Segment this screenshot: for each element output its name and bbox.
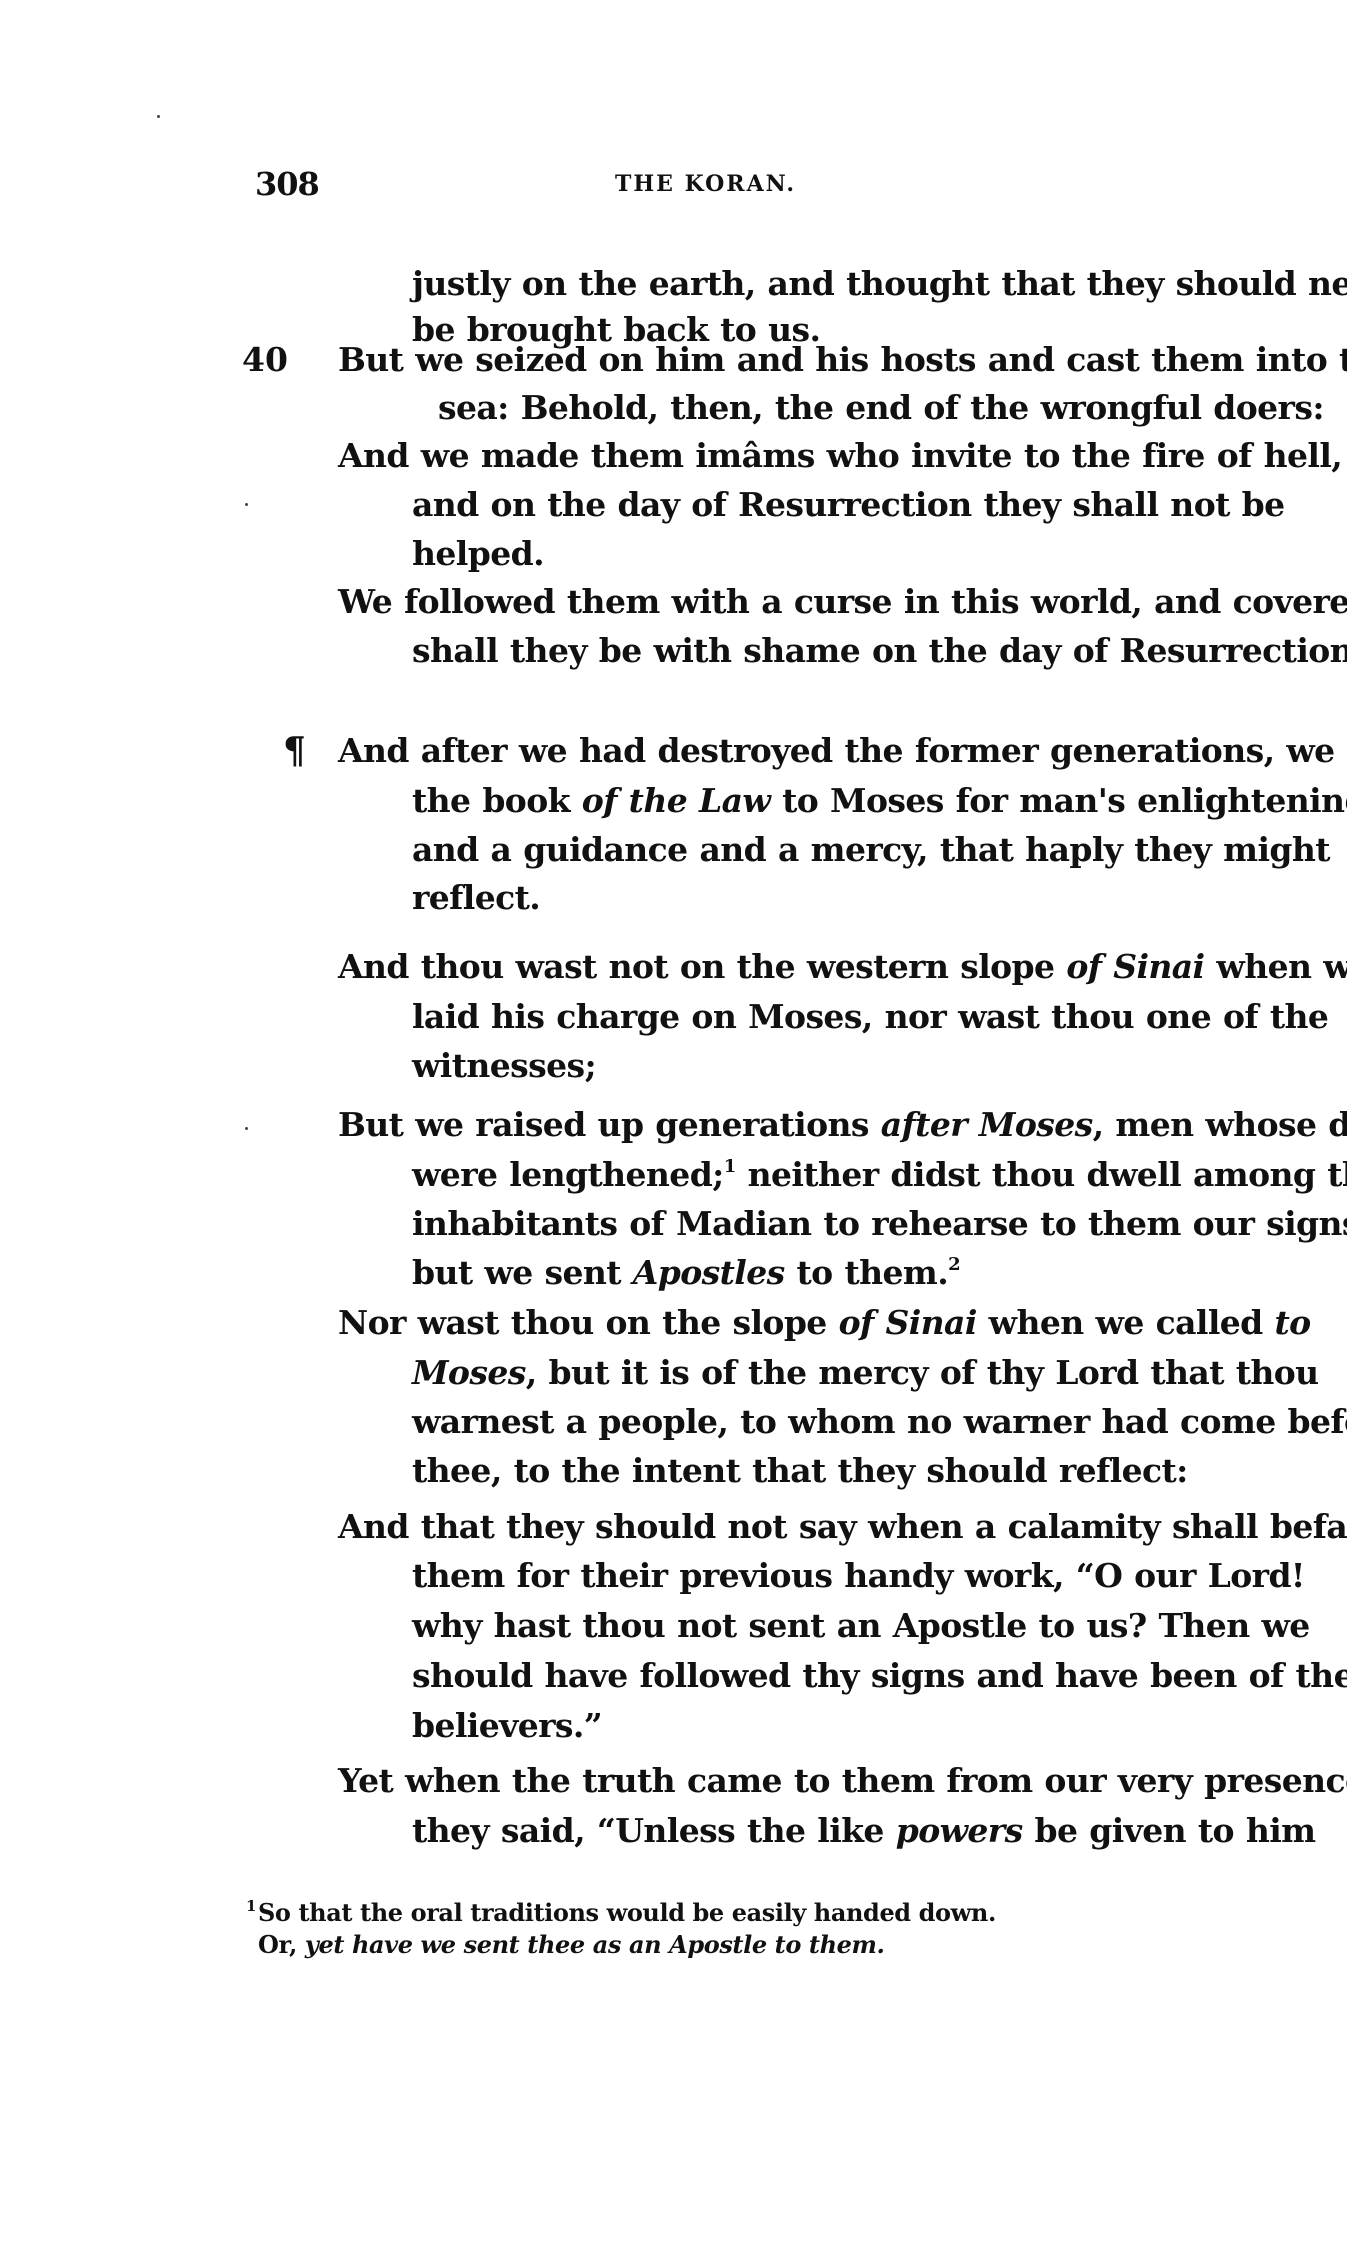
text-line: inhabitants of Madian to rehearse to the… (412, 1204, 1347, 1244)
pilcrow-icon: ¶ (283, 731, 306, 771)
text-line: the book of the Law to Moses for man's e… (412, 781, 1347, 821)
text-line: Nor wast thou on the slope of Sinai when… (338, 1303, 1311, 1343)
text-line: and on the day of Resurrection they shal… (412, 485, 1285, 525)
text-line: justly on the earth, and thought that th… (412, 264, 1347, 304)
scan-speck (245, 503, 248, 506)
text-line: shall they be with shame on the day of R… (412, 631, 1347, 671)
running-title: THE KORAN. (615, 171, 796, 197)
text-line: but we sent Apostles to them.2 (412, 1253, 960, 1293)
text-line: And thou wast not on the western slope o… (338, 947, 1347, 987)
footnote: So that the oral traditions would be eas… (258, 1898, 996, 1928)
text-line: witnesses; (412, 1046, 596, 1086)
page-number: 308 (255, 165, 319, 203)
footnote-ref: 2 (948, 1254, 960, 1275)
text-line: But we seized on him and his hosts and c… (338, 340, 1347, 380)
text-line: them for their previous handy work, “O o… (412, 1556, 1305, 1596)
text-line: And that they should not say when a cala… (338, 1507, 1347, 1547)
footnote-ref: 1 (724, 1156, 736, 1177)
footnote-mark: 1 (246, 1897, 256, 1915)
text-line: thee, to the intent that they should ref… (412, 1451, 1188, 1491)
scan-speck (245, 1127, 248, 1130)
text-line: Yet when the truth came to them from our… (338, 1761, 1347, 1801)
text-line: were lengthened;1 neither didst thou dwe… (412, 1155, 1347, 1195)
text-line: sea: Behold, then, the end of the wrongf… (438, 388, 1324, 428)
text-line: But we raised up generations after Moses… (338, 1105, 1347, 1145)
text-line: and a guidance and a mercy, that haply t… (412, 830, 1330, 870)
footnote: Or, yet have we sent thee as an Apostle … (258, 1930, 884, 1960)
verse-number: 40 (242, 340, 288, 380)
text-line: And after we had destroyed the former ge… (338, 731, 1347, 771)
text-line: believers.” (412, 1706, 602, 1746)
text-line: why hast thou not sent an Apostle to us?… (412, 1606, 1310, 1646)
text-line: And we made them imâms who invite to the… (338, 436, 1342, 476)
text-line: laid his charge on Moses, nor wast thou … (412, 997, 1328, 1037)
text-line: Moses, but it is of the mercy of thy Lor… (412, 1353, 1319, 1393)
text-line: helped. (412, 534, 544, 574)
page-header: 308 THE KORAN. (0, 165, 1347, 205)
text-line: should have followed thy signs and have … (412, 1656, 1347, 1696)
scan-speck (157, 115, 160, 118)
text-line: reflect. (412, 878, 540, 918)
text-line: warnest a people, to whom no warner had … (412, 1402, 1347, 1442)
book-page: 308 THE KORAN. 40 ¶ justly on the earth,… (0, 0, 1347, 2245)
text-line: We followed them with a curse in this wo… (338, 582, 1347, 622)
text-line: they said, “Unless the like powers be gi… (412, 1811, 1315, 1851)
